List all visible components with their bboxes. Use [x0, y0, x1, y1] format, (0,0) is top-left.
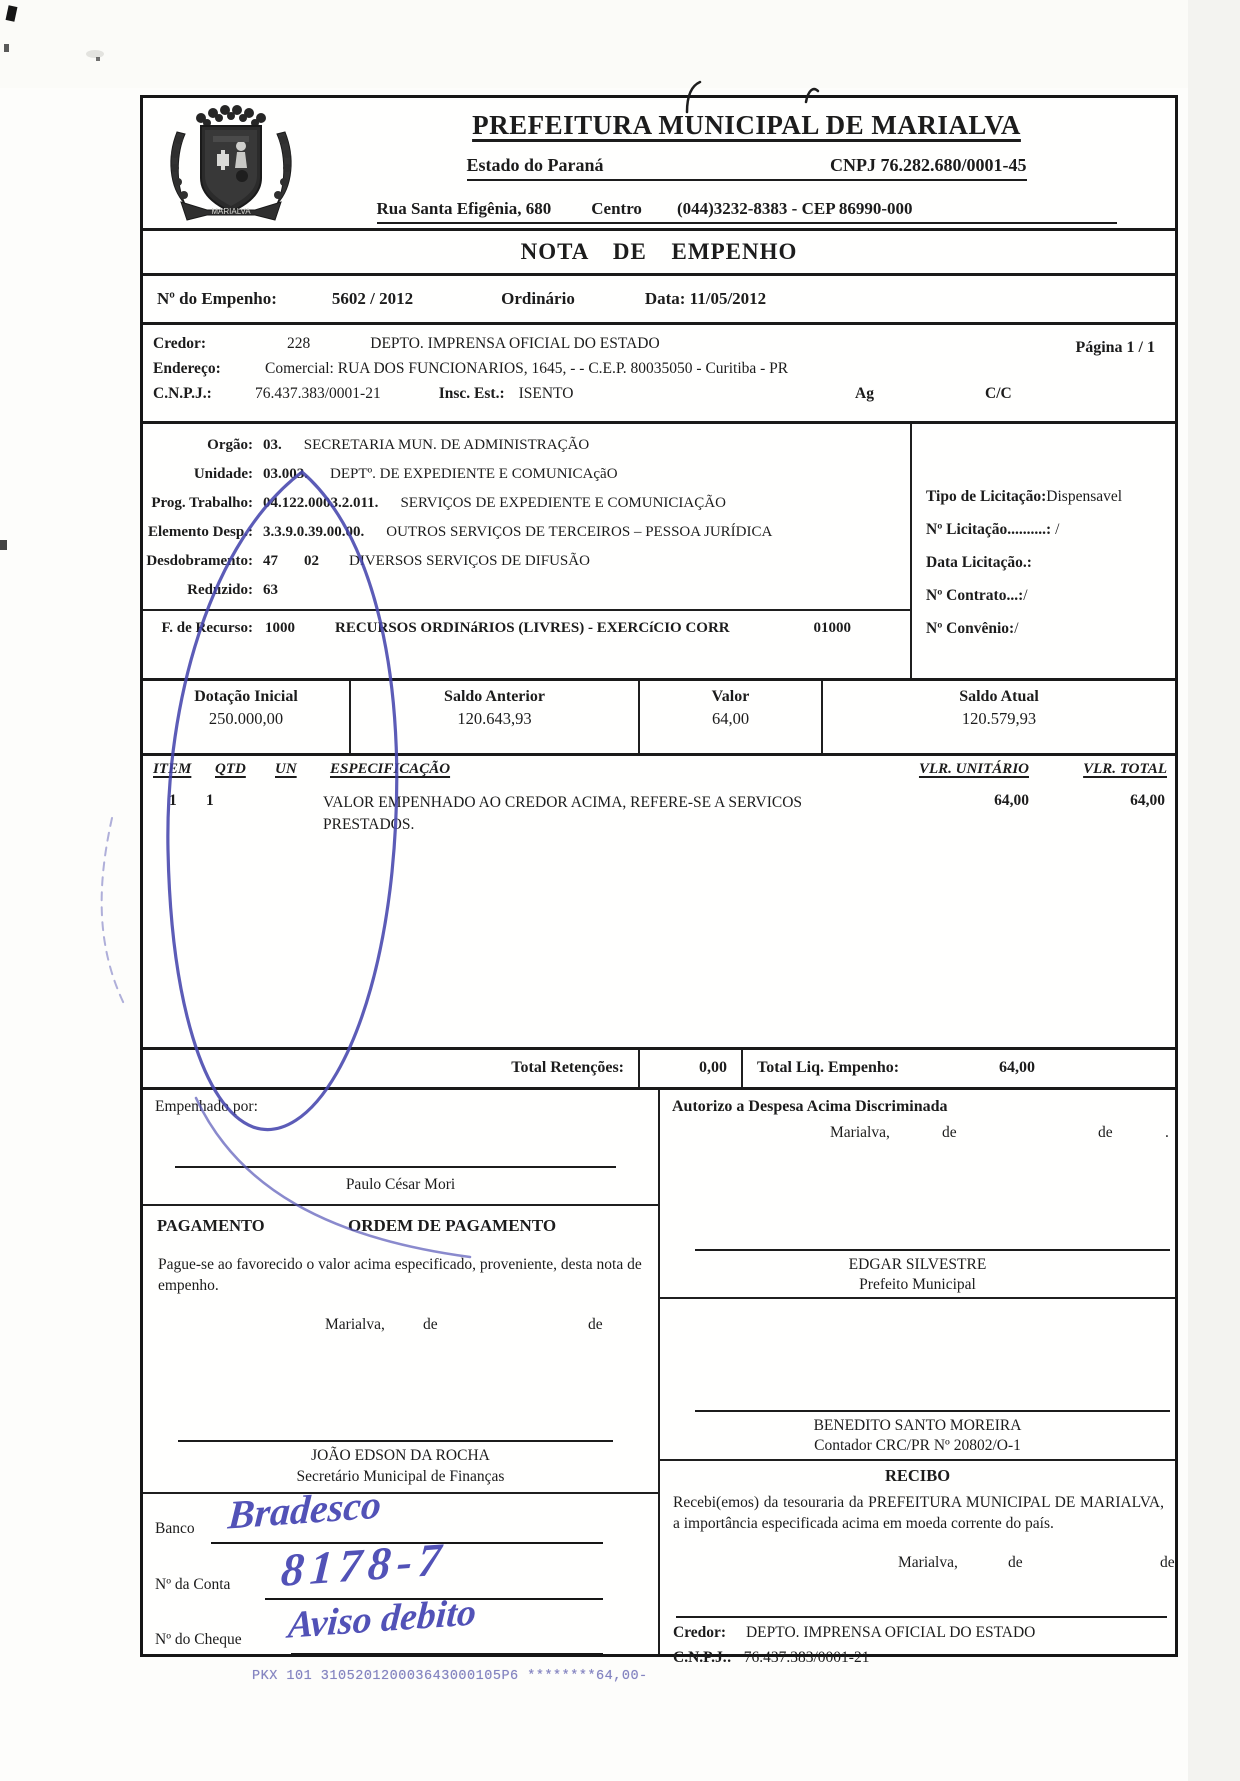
de-label: de: [1160, 1554, 1175, 1572]
machine-stamp-line: PKX 101 310520120003643000105P6 ********…: [252, 1669, 648, 1684]
doc-title: NOTA DE EMPENHO: [521, 239, 798, 264]
recibo-box: RECIBO Recebi(emos) da tesouraria da PRE…: [660, 1461, 1175, 1654]
totals-row: Total Retenções: 0,00 Total Liq. Empenho…: [143, 1047, 1175, 1090]
empenho-number-label: Nº do Empenho:: [157, 289, 277, 309]
especificacao-col-header: ESPECIFICAÇÃO: [330, 761, 450, 778]
signatures-section: Empenhado por: Paulo César Mori PAGAMENT…: [143, 1090, 1175, 1654]
unidade-code: 03.003.: [263, 464, 308, 485]
recibo-cnpj-label: C.N.P.J.:: [673, 1649, 732, 1666]
dotacao-inicial-header: Dotação Inicial: [143, 688, 349, 706]
prefeito-signature-role: Prefeito Municipal: [660, 1276, 1175, 1294]
saldo-atual-value: 120.579,93: [823, 709, 1175, 729]
desdobramento-code2: 02: [304, 551, 319, 572]
cheque-label: Nº do Cheque: [155, 1631, 242, 1649]
period-mark: .: [1165, 1124, 1169, 1142]
header-subtitle-row: Estado do Paraná CNPJ 76.282.680/0001-45: [467, 155, 1027, 181]
reduzido-code: 63: [263, 580, 278, 601]
item-qtd: 1: [206, 792, 214, 810]
elemento-desp-code: 3.3.9.0.39.00.00.: [263, 522, 364, 543]
qtd-col-header: QTD: [215, 761, 246, 778]
de-label: de: [942, 1124, 957, 1142]
fonte-recurso-code2: 01000: [814, 620, 852, 637]
empenhado-por-box: Empenhado por: Paulo César Mori: [143, 1090, 658, 1206]
orgao-code: 03.: [263, 435, 282, 456]
num-licitacao-value: /: [1051, 521, 1059, 538]
saldo-anterior-header: Saldo Anterior: [351, 688, 638, 706]
de-label: de: [1008, 1554, 1023, 1572]
signature-line: [178, 1440, 613, 1442]
items-section: ITEM QTD UN ESPECIFICAÇÃO VLR. UNITÁRIO …: [143, 756, 1175, 1047]
header-address-row: Rua Santa Efigênia, 680 Centro (044)3232…: [377, 199, 1117, 224]
reduzido-label: Reduzido:: [143, 580, 253, 601]
recibo-cnpj-value: 76.437.383/0001-21: [744, 1649, 870, 1666]
recibo-cnpj-row: C.N.P.J.: 76.437.383/0001-21: [673, 1649, 869, 1667]
pagamento-text: Pague-se ao favorecido o valor acima esp…: [158, 1254, 642, 1296]
contador-signature-name: BENEDITO SANTO MOREIRA: [660, 1417, 1175, 1435]
pagamento-title: PAGAMENTO: [157, 1216, 265, 1236]
prog-trabalho-desc: SERVIÇOS DE EXPEDIENTE E COMUNICIAÇÃO: [400, 493, 725, 514]
vlr-unitario-col-header: VLR. UNITÁRIO: [919, 761, 1029, 778]
endereco-value: Comercial: RUA DOS FUNCIONARIOS, 1645, -…: [265, 360, 788, 378]
valor-cell: Valor 64,00: [640, 681, 823, 753]
coat-of-arms-logo: MARIALVA: [155, 102, 307, 226]
dotacao-inicial-cell: Dotação Inicial 250.000,00: [143, 681, 351, 753]
de-label: de: [423, 1316, 438, 1334]
endereco-row: Endereço: Comercial: RUA DOS FUNCIONARIO…: [153, 360, 1175, 378]
recibo-divider-line: [676, 1616, 1167, 1618]
orgao-section: Orgão: 03. SECRETARIA MUN. DE ADMINISTRA…: [143, 424, 1175, 681]
header-section: MARIALVA PREFEITURA MUNICIPAL DE MARIALV…: [143, 98, 1175, 231]
orgao-label: Orgão:: [143, 435, 253, 456]
num-convenio-value: /: [1014, 620, 1018, 637]
elemento-desp-desc: OUTROS SERVIÇOS DE TERCEIROS – PESSOA JU…: [386, 522, 772, 543]
credor-row: Credor: 228 DEPTO. IMPRENSA OFICIAL DO E…: [153, 335, 1175, 353]
insc-est-label: Insc. Est.:: [439, 385, 505, 403]
ordem-pagamento-title: ORDEM DE PAGAMENTO: [348, 1216, 556, 1236]
reduzido-row: Reduzido: 63: [143, 580, 911, 601]
street-label: Rua Santa Efigênia, 680: [377, 199, 552, 219]
orgao-row: Orgão: 03. SECRETARIA MUN. DE ADMINISTRA…: [143, 435, 911, 456]
empenho-date: Data: 11/05/2012: [645, 289, 766, 309]
desdobramento-row: Desdobramento: 47 02 DIVERSOS SERVIÇOS D…: [143, 551, 911, 572]
fonte-recurso-row: F. de Recurso: 1000 RECURSOS ORDINáRIOS …: [143, 609, 911, 637]
fonte-recurso-label: F. de Recurso:: [143, 620, 253, 637]
saldo-anterior-cell: Saldo Anterior 120.643,93: [351, 681, 640, 753]
dotacao-inicial-value: 250.000,00: [143, 709, 349, 729]
scan-speck: [4, 44, 9, 52]
credor-section: Página 1 / 1 Credor: 228 DEPTO. IMPRENSA…: [143, 325, 1175, 424]
item-col-header: ITEM: [153, 761, 191, 778]
cnpj-value: 76.437.383/0001-21: [255, 385, 381, 403]
tipo-licitacao-row: Tipo de Licitação:Dispensavel: [926, 488, 1175, 506]
contador-box: BENEDITO SANTO MOREIRA Contador CRC/PR N…: [660, 1299, 1175, 1461]
signature-line: [175, 1166, 616, 1168]
city-label: Marialva,: [325, 1316, 385, 1334]
recibo-text: Recebi(emos) da tesouraria da PREFEITURA…: [673, 1492, 1164, 1534]
de-label: de: [588, 1316, 603, 1334]
item-vlr-total: 64,00: [1130, 792, 1165, 810]
contador-signature-role: Contador CRC/PR Nº 20802/O-1: [660, 1437, 1175, 1455]
num-licitacao-row: Nº Licitação..........: /: [926, 521, 1175, 539]
credor-label: Credor:: [153, 335, 245, 353]
cnpj-label: CNPJ 76.282.680/0001-45: [830, 155, 1027, 176]
state-label: Estado do Paraná: [467, 155, 604, 176]
num-convenio-row: Nº Convênio:/: [926, 620, 1175, 638]
conta-label: Nº da Conta: [155, 1576, 230, 1594]
de-label: de: [1098, 1124, 1113, 1142]
cnpj-label: C.N.P.J.:: [153, 385, 245, 403]
empenho-type: Ordinário: [501, 289, 575, 309]
item-number: 1: [169, 792, 177, 810]
dotacao-table: Dotação Inicial 250.000,00 Saldo Anterio…: [143, 681, 1175, 756]
saldo-atual-header: Saldo Atual: [823, 688, 1175, 706]
scan-shading-right: [1188, 0, 1240, 1781]
num-convenio-label: Nº Convênio:: [926, 620, 1014, 637]
empenhado-por-label: Empenhado por:: [155, 1098, 258, 1116]
unidade-label: Unidade:: [143, 464, 253, 485]
desdobramento-code: 47: [263, 551, 278, 572]
city-label: Marialva,: [830, 1124, 890, 1142]
num-contrato-label: Nº Contrato...:: [926, 587, 1023, 604]
recibo-credor-row: Credor: DEPTO. IMPRENSA OFICIAL DO ESTAD…: [673, 1624, 1035, 1642]
saldo-atual-cell: Saldo Atual 120.579,93: [823, 681, 1175, 753]
elemento-desp-label: Elemento Desp.:: [143, 522, 253, 543]
tipo-licitacao-value: Dispensavel: [1046, 488, 1122, 505]
prefeito-signature-name: EDGAR SILVESTRE: [660, 1256, 1175, 1274]
desdobramento-label: Desdobramento:: [143, 551, 253, 572]
finance-signature-name: JOÃO EDSON DA ROCHA: [143, 1447, 658, 1465]
empenhado-signature-name: Paulo César Mori: [143, 1176, 658, 1194]
total-liq-cell: Total Liq. Empenho: 64,00: [743, 1050, 1175, 1087]
prog-trabalho-row: Prog. Trabalho: 04.122.0003.2.011. SERVI…: [143, 493, 911, 514]
right-column: Autorizo a Despesa Acima Discriminada Ma…: [660, 1090, 1175, 1654]
prog-trabalho-code: 04.122.0003.2.011.: [263, 493, 378, 514]
credor-code: 228: [287, 335, 310, 353]
cnpj-row: C.N.P.J.: 76.437.383/0001-21 Insc. Est.:…: [153, 385, 1175, 403]
desdobramento-desc: DIVERSOS SERVIÇOS DE DIFUSÃO: [349, 551, 590, 572]
item-description: VALOR EMPENHADO AO CREDOR ACIMA, REFERE-…: [323, 792, 823, 836]
orgao-desc: SECRETARIA MUN. DE ADMINISTRAÇÃO: [304, 435, 589, 456]
valor-value: 64,00: [640, 709, 821, 729]
scan-smudge: [86, 50, 104, 58]
data-licitacao-label: Data Licitação.:: [926, 554, 1032, 571]
prog-trabalho-label: Prog. Trabalho:: [143, 493, 253, 514]
fonte-recurso-code: 1000: [265, 620, 295, 637]
saldo-anterior-value: 120.643,93: [351, 709, 638, 729]
vlr-total-col-header: VLR. TOTAL: [1083, 761, 1167, 778]
tipo-licitacao-label: Tipo de Licitação:: [926, 488, 1046, 505]
fonte-recurso-desc: RECURSOS ORDINáRIOS (LIVRES) - EXERCíCIO…: [335, 620, 814, 637]
empenho-row: Nº do Empenho: 5602 / 2012 Ordinário Dat…: [143, 276, 1175, 325]
total-liq-label: Total Liq. Empenho:: [757, 1059, 899, 1076]
form-frame: MARIALVA PREFEITURA MUNICIPAL DE MARIALV…: [140, 95, 1178, 1657]
conta-corrente-label: C/C: [985, 385, 1012, 403]
unidade-row: Unidade: 03.003. DEPTº. DE EXPEDIENTE E …: [143, 464, 911, 485]
credor-name: DEPTO. IMPRENSA OFICIAL DO ESTADO: [370, 335, 659, 353]
num-contrato-value: /: [1023, 587, 1027, 604]
total-retencoes-value: 0,00: [640, 1050, 743, 1087]
endereco-label: Endereço:: [153, 360, 245, 378]
data-licitacao-row: Data Licitação.:: [926, 554, 1175, 572]
municipality-title: PREFEITURA MUNICIPAL DE MARIALVA: [318, 110, 1175, 141]
doc-title-bar: NOTA DE EMPENHO: [143, 231, 1175, 276]
city-label: Marialva,: [898, 1554, 958, 1572]
left-column: Empenhado por: Paulo César Mori PAGAMENT…: [143, 1090, 660, 1654]
signature-line: [695, 1410, 1170, 1412]
orgao-left: Orgão: 03. SECRETARIA MUN. DE ADMINISTRA…: [143, 424, 911, 637]
district-label: Centro: [591, 199, 642, 219]
recibo-credor-label: Credor:: [673, 1624, 726, 1641]
num-contrato-row: Nº Contrato...:/: [926, 587, 1175, 605]
finance-signature-role: Secretário Municipal de Finanças: [143, 1468, 658, 1486]
licitacao-box: Tipo de Licitação:Dispensavel Nº Licitaç…: [910, 424, 1175, 678]
recibo-title: RECIBO: [660, 1466, 1175, 1486]
scan-speck: [96, 57, 100, 61]
scan-speck: [0, 540, 7, 550]
elemento-desp-row: Elemento Desp.: 3.3.9.0.39.00.00. OUTROS…: [143, 522, 911, 543]
pagamento-box: PAGAMENTO ORDEM DE PAGAMENTO Pague-se ao…: [143, 1206, 658, 1494]
un-col-header: UN: [275, 761, 297, 778]
num-licitacao-label: Nº Licitação..........:: [926, 521, 1051, 538]
phone-cep-label: (044)3232-8383 - CEP 86990-000: [677, 199, 913, 219]
banco-label: Banco: [155, 1520, 195, 1538]
item-vlr-unitario: 64,00: [994, 792, 1029, 810]
scan-shading-top: [0, 0, 1240, 88]
logo-banner-text: MARIALVA: [211, 207, 251, 216]
recibo-credor-value: DEPTO. IMPRENSA OFICIAL DO ESTADO: [746, 1624, 1035, 1641]
total-retencoes-label: Total Retenções:: [143, 1050, 640, 1087]
autorizo-title: Autorizo a Despesa Acima Discriminada: [672, 1098, 948, 1116]
banco-box: Banco Bradesco Nº da Conta 8178-7 Nº do …: [143, 1494, 658, 1654]
unidade-desc: DEPTº. DE EXPEDIENTE E COMUNICAçãO: [330, 464, 618, 485]
autorizo-box: Autorizo a Despesa Acima Discriminada Ma…: [660, 1090, 1175, 1299]
pen-dashed-arc-annotation: [102, 818, 126, 1008]
agencia-label: Ag: [855, 385, 874, 403]
empenho-number: 5602 / 2012: [332, 289, 413, 309]
insc-est-value: ISENTO: [519, 385, 574, 403]
total-liq-value: 64,00: [999, 1059, 1035, 1077]
signature-line: [695, 1249, 1170, 1251]
valor-header: Valor: [640, 688, 821, 706]
